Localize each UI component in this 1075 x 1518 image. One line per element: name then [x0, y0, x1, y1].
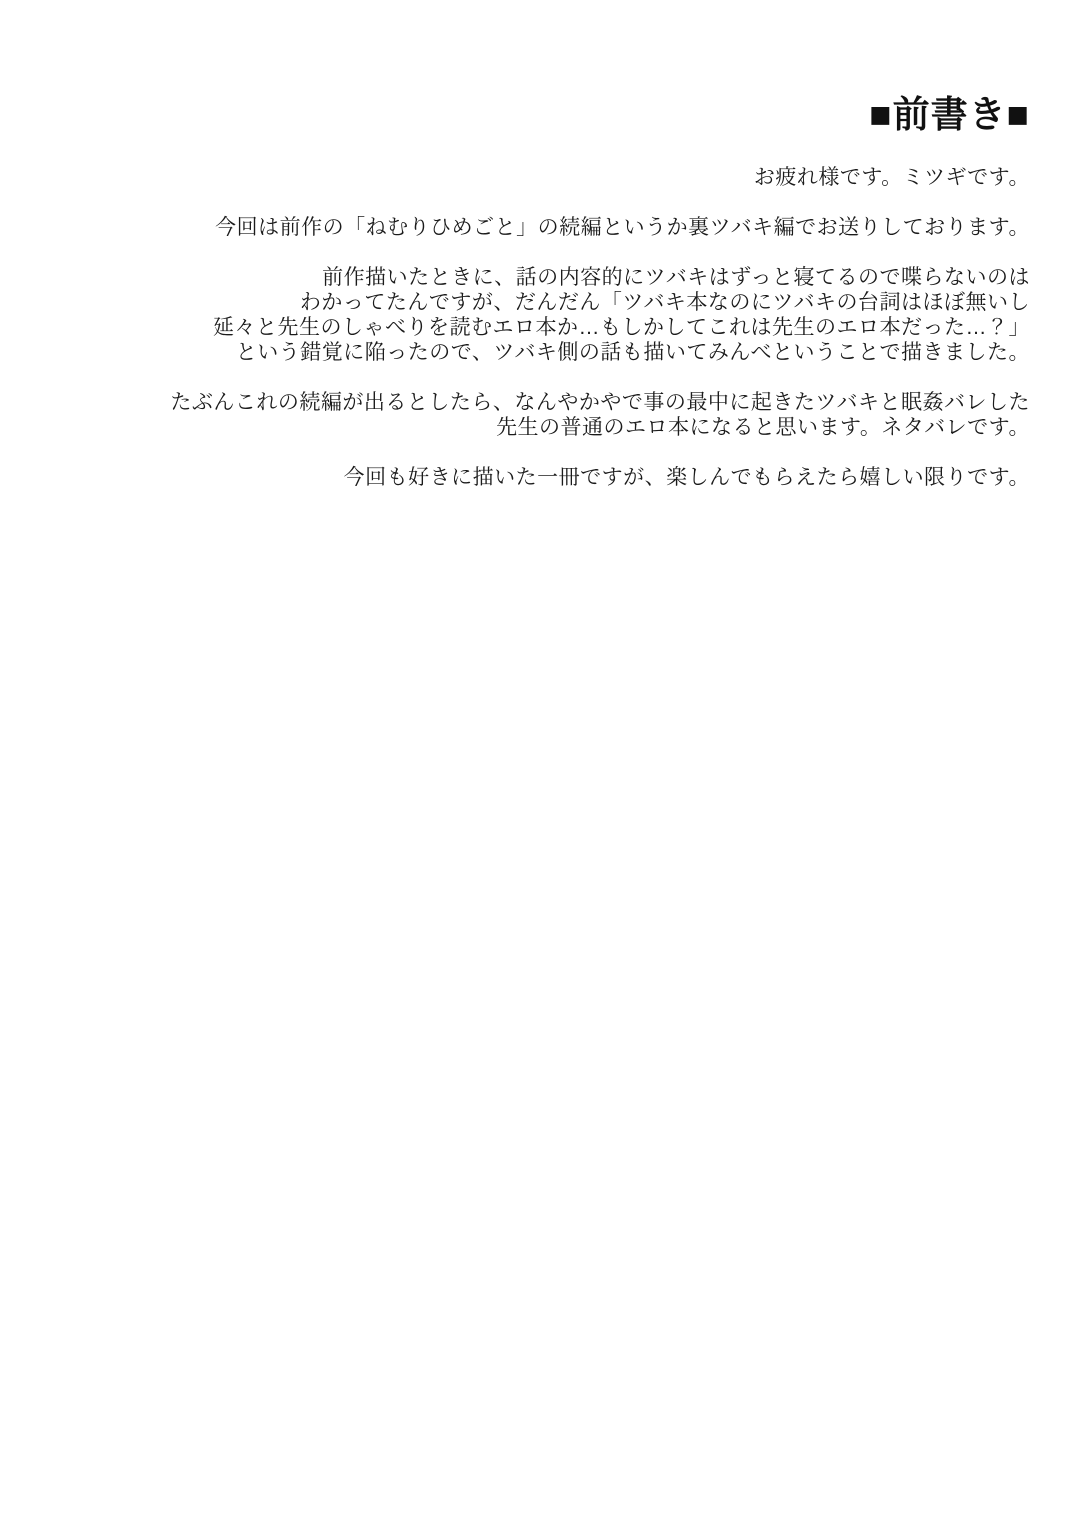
preface-page: ■前書き■ お疲れ様です。ミツギです。 今回は前作の「ねむりひめごと」の続編とい… [0, 0, 1075, 1518]
paragraph-closing: 今回も好きに描いた一冊ですが、楽しんでもらえたら嬉しい限りです。 [45, 465, 1030, 490]
paragraph-greeting: お疲れ様です。ミツギです。 [45, 165, 1030, 190]
preface-line: たぶんこれの続編が出るとしたら、なんやかやで事の最中に起きたツバキと眠姦バレした [45, 390, 1030, 415]
preface-line: わかってたんですが、だんだん「ツバキ本なのにツバキの台詞はほぼ無いし [45, 290, 1030, 315]
paragraph-intro: 今回は前作の「ねむりひめごと」の続編というか裏ツバキ編でお送りしております。 [45, 215, 1030, 240]
page-title: ■前書き■ [45, 95, 1030, 135]
preface-line: 延々と先生のしゃべりを読むエロ本か…もしかしてこれは先生のエロ本だった…？」 [45, 315, 1030, 340]
preface-line: 今回は前作の「ねむりひめごと」の続編というか裏ツバキ編でお送りしております。 [45, 215, 1030, 240]
preface-line: 前作描いたときに、話の内容的にツバキはずっと寝てるので喋らないのは [45, 265, 1030, 290]
paragraph-sequel-note: たぶんこれの続編が出るとしたら、なんやかやで事の最中に起きたツバキと眠姦バレした… [45, 390, 1030, 440]
preface-line: 先生の普通のエロ本になると思います。ネタバレです。 [45, 415, 1030, 440]
preface-body: お疲れ様です。ミツギです。 今回は前作の「ねむりひめごと」の続編というか裏ツバキ… [45, 165, 1030, 490]
preface-line: 今回も好きに描いた一冊ですが、楽しんでもらえたら嬉しい限りです。 [45, 465, 1030, 490]
preface-line: お疲れ様です。ミツギです。 [45, 165, 1030, 190]
paragraph-backstory: 前作描いたときに、話の内容的にツバキはずっと寝てるので喋らないのは わかってたん… [45, 265, 1030, 365]
preface-line: という錯覚に陥ったので、ツバキ側の話も描いてみんべということで描きました。 [45, 340, 1030, 365]
